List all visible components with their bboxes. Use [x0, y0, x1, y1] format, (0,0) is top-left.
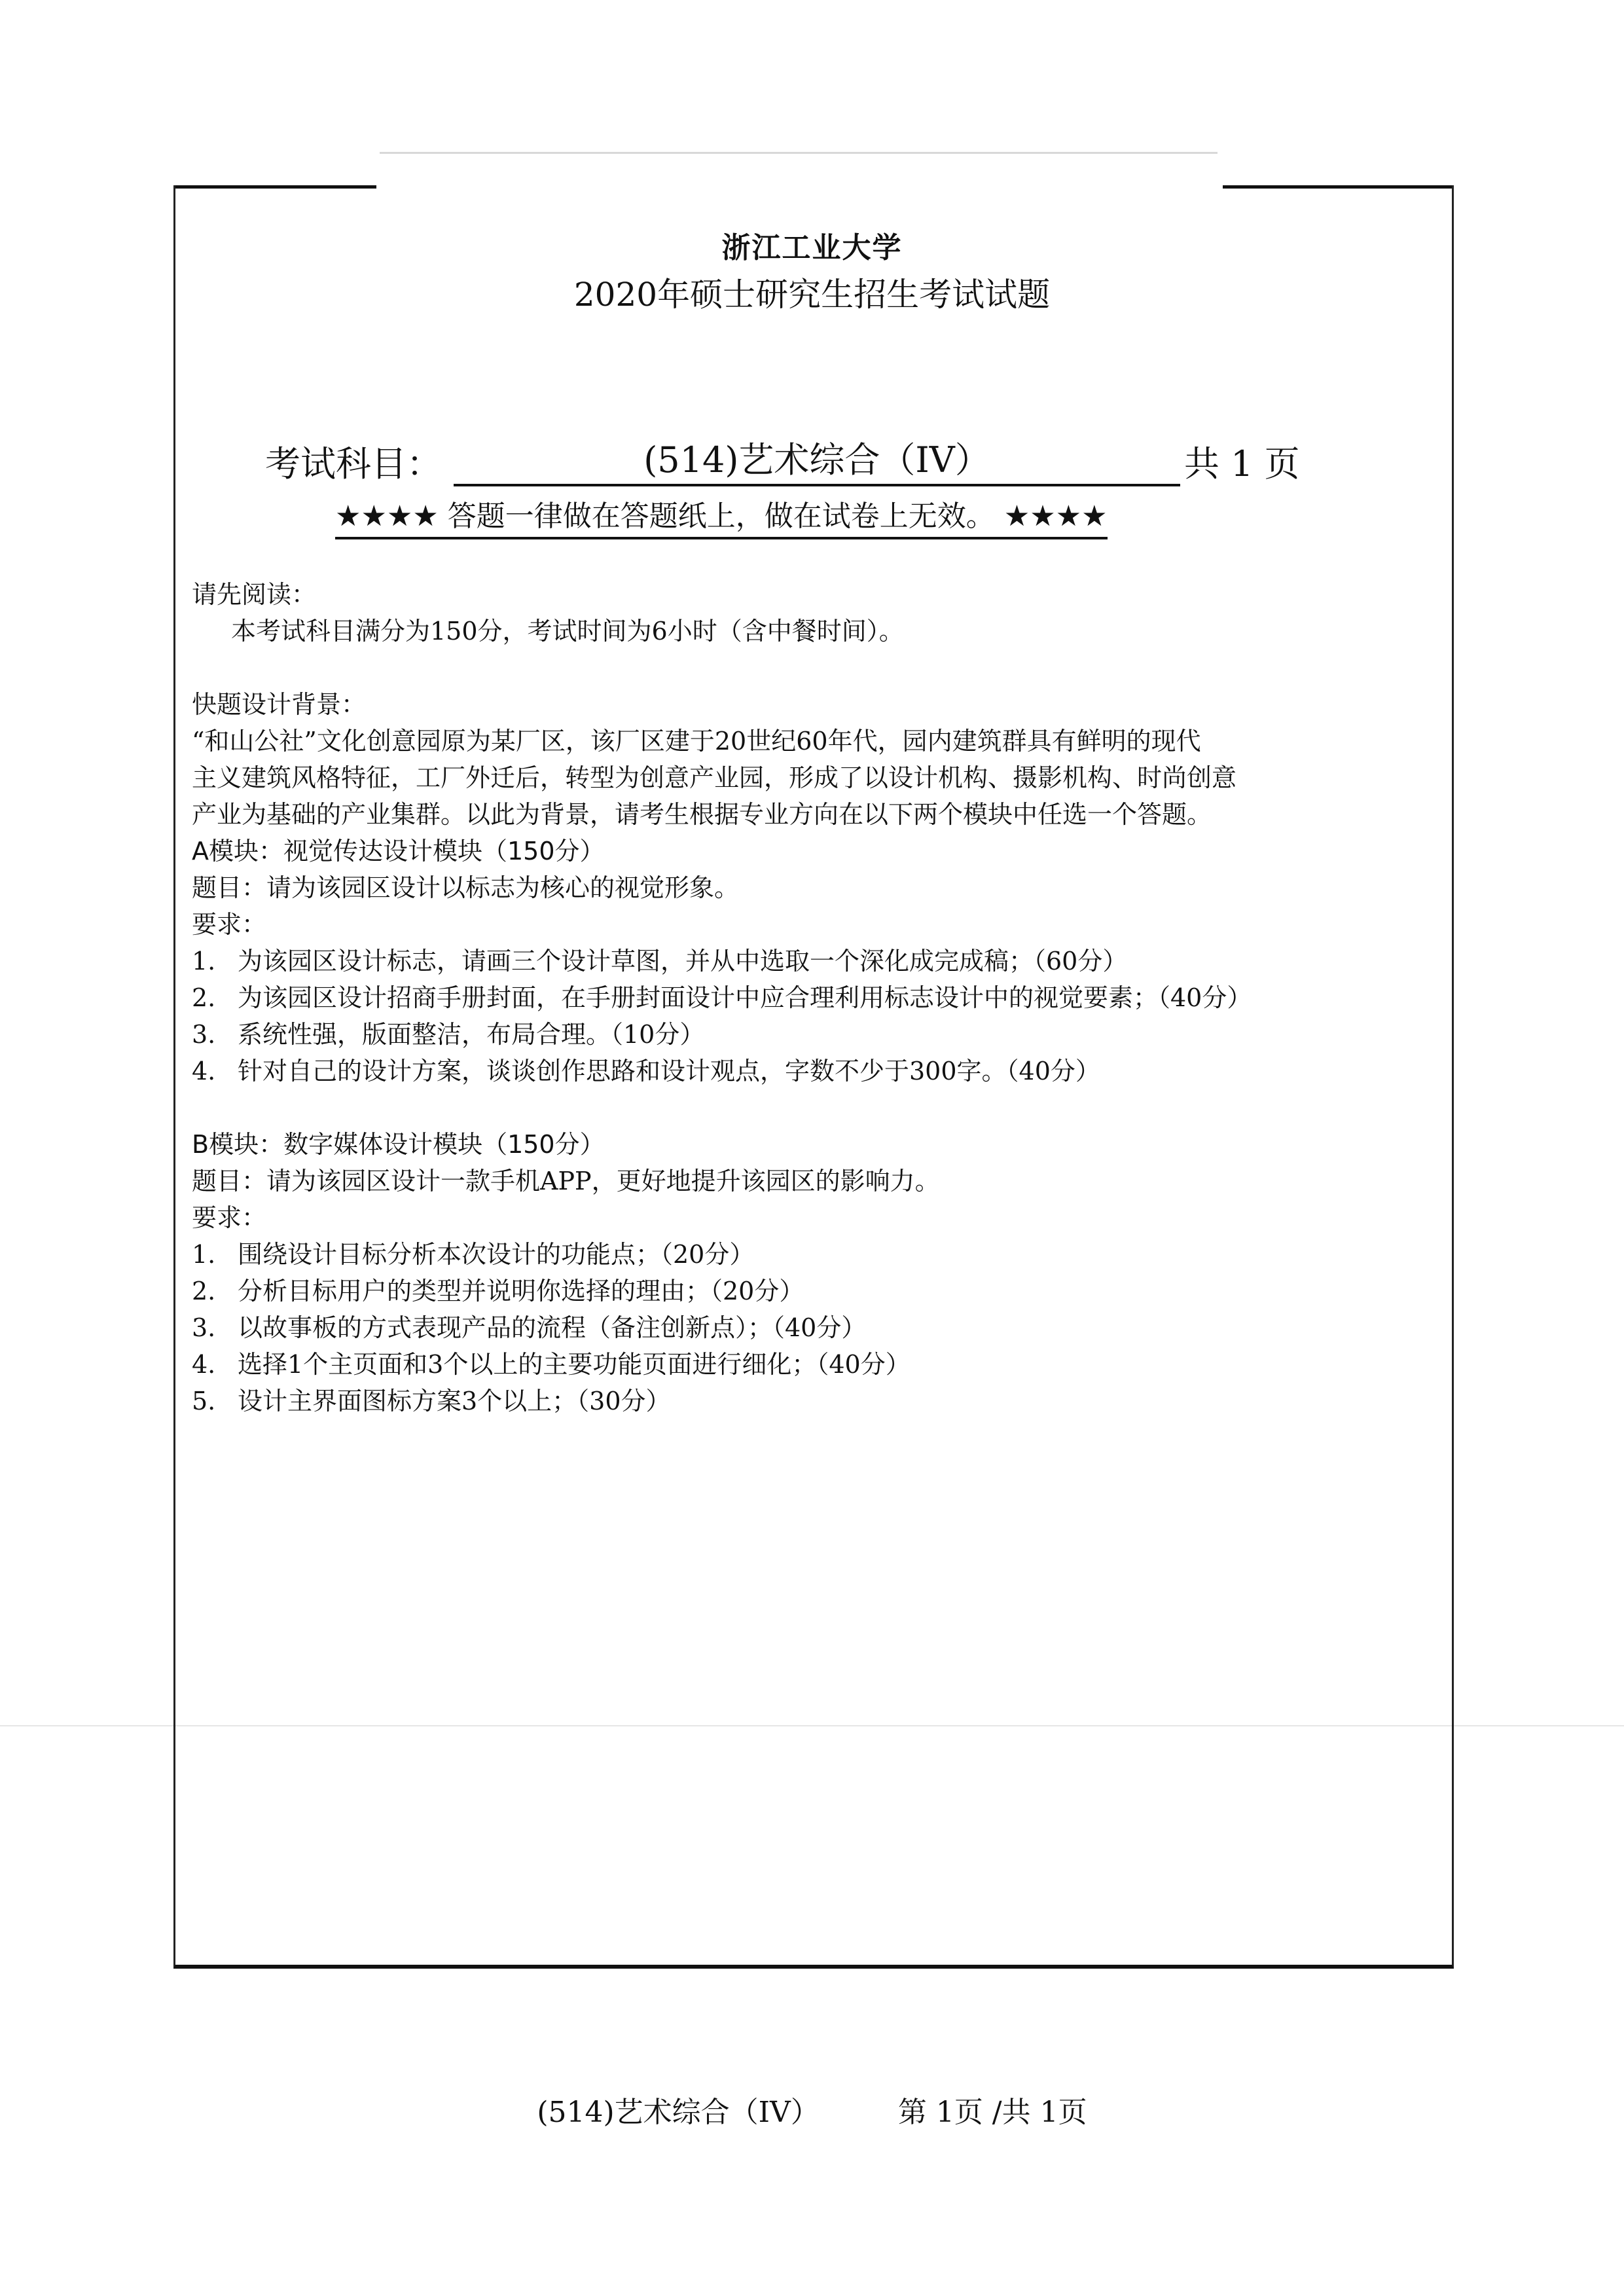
module-b-item: 2.分析目标用户的类型并说明你选择的理由；（20分）: [192, 1273, 1422, 1309]
footer-page-number: 第 1页 /共 1页: [898, 2096, 1087, 2129]
module-b-req-label: 要求：: [192, 1199, 1422, 1236]
reading-heading: 请先阅读：: [192, 576, 1422, 613]
subject-label: 考试科目：: [265, 436, 442, 486]
module-a-item: 1.为该园区设计标志，请画三个设计草图，并从中选取一个深化成完成稿；（60分）: [192, 943, 1422, 979]
background-line: “和山公社”文化创意园原为某厂区，该厂区建于20世纪60年代，园内建筑群具有鲜明…: [192, 723, 1422, 759]
module-b-topic: 题目：请为该园区设计一款手机APP，更好地提升该园区的影响力。: [192, 1163, 1422, 1199]
exam-body: 请先阅读： 本考试科目满分为150分，考试时间为6小时（含中餐时间）。 快题设计…: [192, 576, 1422, 1419]
university-name: 浙江工业大学: [0, 224, 1624, 266]
module-a-item: 3.系统性强，版面整洁，布局合理。（10分）: [192, 1016, 1422, 1053]
module-b-item: 4.选择1个主页面和3个以上的主要功能页面进行细化；（40分）: [192, 1346, 1422, 1383]
module-a-item: 2.为该园区设计招商手册封面，在手册封面设计中应合理利用标志设计中的视觉要素；（…: [192, 979, 1422, 1016]
module-b-item: 1.围绕设计目标分析本次设计的功能点；（20分）: [192, 1236, 1422, 1273]
total-pages: 共 1 页: [1184, 436, 1300, 486]
module-b-item: 5.设计主界面图标方案3个以上；（30分）: [192, 1383, 1422, 1419]
module-a-req-label: 要求：: [192, 906, 1422, 943]
module-b-heading: B模块：数字媒体设计模块（150分）: [192, 1126, 1422, 1163]
page-footer: (514)艺术综合（IV）第 1页 /共 1页: [0, 2088, 1624, 2130]
subject-row: 考试科目： (514)艺术综合（IV） 共 1 页: [265, 432, 1300, 486]
exam-title: 2020年硕士研究生招生考试试题: [0, 268, 1624, 316]
subject-value: (514)艺术综合（IV）: [454, 432, 1180, 486]
module-a-topic: 题目：请为该园区设计以标志为核心的视觉形象。: [192, 869, 1422, 906]
module-b-item: 3.以故事板的方式表现产品的流程（备注创新点）；（40分）: [192, 1309, 1422, 1346]
module-a-heading: A模块：视觉传达设计模块（150分）: [192, 833, 1422, 869]
reading-text: 本考试科目满分为150分，考试时间为6小时（含中餐时间）。: [192, 613, 1422, 649]
footer-subject: (514)艺术综合（IV）: [537, 2096, 819, 2129]
background-heading: 快题设计背景：: [192, 686, 1422, 723]
answer-notice: ★★★★ 答题一律做在答题纸上，做在试卷上无效。 ★★★★: [335, 492, 1108, 539]
background-line: 主义建筑风格特征，工厂外迁后，转型为创意产业园，形成了以设计机构、摄影机构、时尚…: [192, 759, 1422, 796]
scan-artifact-line: [380, 152, 1218, 154]
background-line: 产业为基础的产业集群。以此为背景，请考生根据专业方向在以下两个模块中任选一个答题…: [192, 796, 1422, 833]
module-a-item: 4.针对自己的设计方案，谈谈创作思路和设计观点，字数不少于300字。（40分）: [192, 1053, 1422, 1089]
